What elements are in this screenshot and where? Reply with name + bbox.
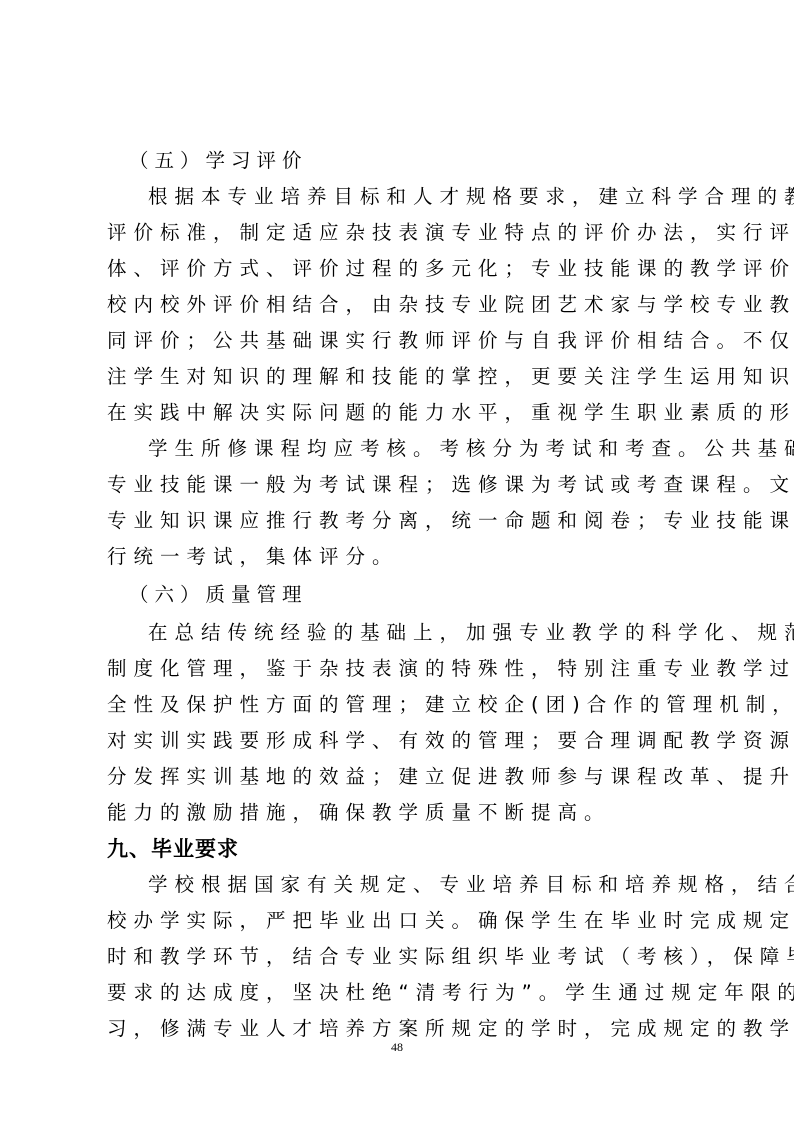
text-line: 评价标准，制定适应杂技表演专业特点的评价办法，实行评价主	[107, 215, 697, 251]
paragraph-course-assessment: 学生所修课程均应考核。考核分为考试和考查。公共基础课、 专业技能课一般为考试课程…	[107, 431, 697, 575]
text-line: 制度化管理，鉴于杂技表演的特殊性，特别注重专业教学过程安	[107, 651, 697, 687]
paragraph-graduation-requirements: 学校根据国家有关规定、专业培养目标和培养规格，结合学 校办学实际，严把毕业出口关…	[107, 867, 697, 1047]
text-line: 学校根据国家有关规定、专业培养目标和培养规格，结合学	[107, 867, 697, 903]
text-line: 注学生对知识的理解和技能的掌控，更要关注学生运用知识以及	[107, 359, 697, 395]
text-line: 时和教学环节，结合专业实际组织毕业考试（考核），保障毕业	[107, 939, 697, 975]
text-line: 校内校外评价相结合，由杂技专业院团艺术家与学校专业教师共	[107, 287, 697, 323]
text-line: 能力的激励措施，确保教学质量不断提高。	[107, 795, 697, 831]
text-line: 同评价；公共基础课实行教师评价与自我评价相结合。不仅要关	[107, 323, 697, 359]
text-line: 在总结传统经验的基础上，加强专业教学的科学化、规范性、	[107, 615, 697, 651]
text-line: 全性及保护性方面的管理；建立校企(团)合作的管理机制，尤其	[107, 687, 697, 723]
paragraph-quality-management: 在总结传统经验的基础上，加强专业教学的科学化、规范性、 制度化管理，鉴于杂技表演…	[107, 615, 697, 831]
text-line: 专业知识课应推行教考分离，统一命题和阅卷；专业技能课可实	[107, 503, 697, 539]
text-line: 在实践中解决实际问题的能力水平，重视学生职业素质的形成。	[107, 395, 697, 431]
text-line: 体、评价方式、评价过程的多元化；专业技能课的教学评价实行	[107, 251, 697, 287]
text-line: 校办学实际，严把毕业出口关。确保学生在毕业时完成规定的学	[107, 903, 697, 939]
paragraph-evaluation-system: 根据本专业培养目标和人才规格要求，建立科学合理的教学 评价标准，制定适应杂技表演…	[107, 179, 697, 431]
section-heading-learning-evaluation: （五）学习评价	[107, 143, 697, 179]
section-heading-quality-management: （六）质量管理	[107, 577, 697, 613]
text-line: 分发挥实训基地的效益；建立促进教师参与课程改革、提升教学	[107, 759, 697, 795]
text-line: 专业技能课一般为考试课程；选修课为考试或考查课程。文化课、	[107, 467, 697, 503]
text-line: 行统一考试，集体评分。	[107, 539, 697, 575]
text-line: 要求的达成度，坚决杜绝“清考行为”。学生通过规定年限的学	[107, 975, 697, 1011]
text-line: 学生所修课程均应考核。考核分为考试和考查。公共基础课、	[107, 431, 697, 467]
text-line: 对实训实践要形成科学、有效的管理；要合理调配教学资源，充	[107, 723, 697, 759]
text-line: 根据本专业培养目标和人才规格要求，建立科学合理的教学	[107, 179, 697, 215]
page-number: 48	[0, 1040, 794, 1055]
document-page: （五）学习评价 根据本专业培养目标和人才规格要求，建立科学合理的教学 评价标准，…	[107, 143, 697, 1047]
chapter-heading-graduation-requirements: 九、毕业要求	[107, 831, 697, 867]
